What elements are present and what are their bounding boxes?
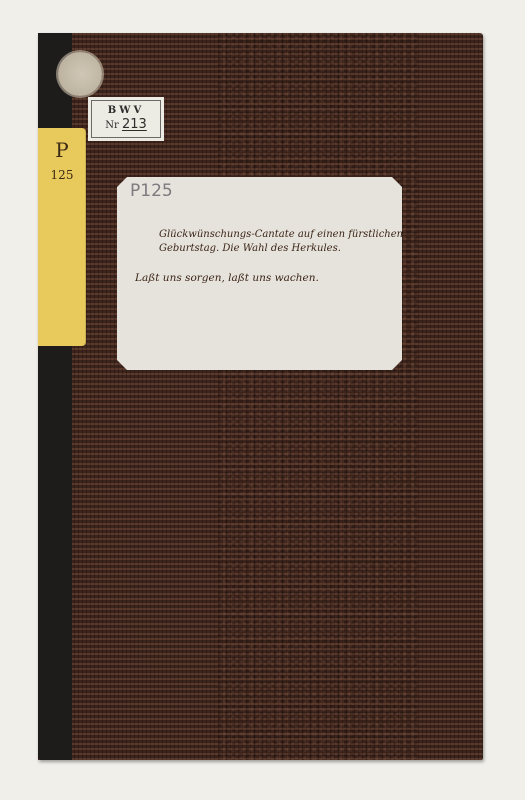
title-line-2: Geburtstag. Die Wahl des Herkules. [159,243,341,254]
bwv-number-prefix: Nr [105,120,119,131]
shelf-mark-tag: P 125 [38,128,86,346]
title-line-1: Glückwünschungs-Cantate auf einen fürstl… [159,229,403,240]
bwv-number: 213 [122,117,147,132]
wax-seal-stamp [58,52,102,96]
cover-texture-panel [218,33,418,760]
bwv-label-frame: BWV Nr 213 [91,100,161,138]
bwv-title: BWV [92,105,160,116]
bwv-number-line: Nr 213 [92,117,160,132]
book-cover [38,33,483,760]
pencil-signature: P125 [130,181,173,201]
title-label: P125 Glückwünschungs-Cantate auf einen f… [117,177,402,370]
title-line-3: Laßt uns sorgen, laßt uns wachen. [135,272,319,284]
bwv-label: BWV Nr 213 [88,97,164,141]
shelf-mark-letter: P [38,138,86,162]
shelf-mark-number: 125 [38,168,86,182]
